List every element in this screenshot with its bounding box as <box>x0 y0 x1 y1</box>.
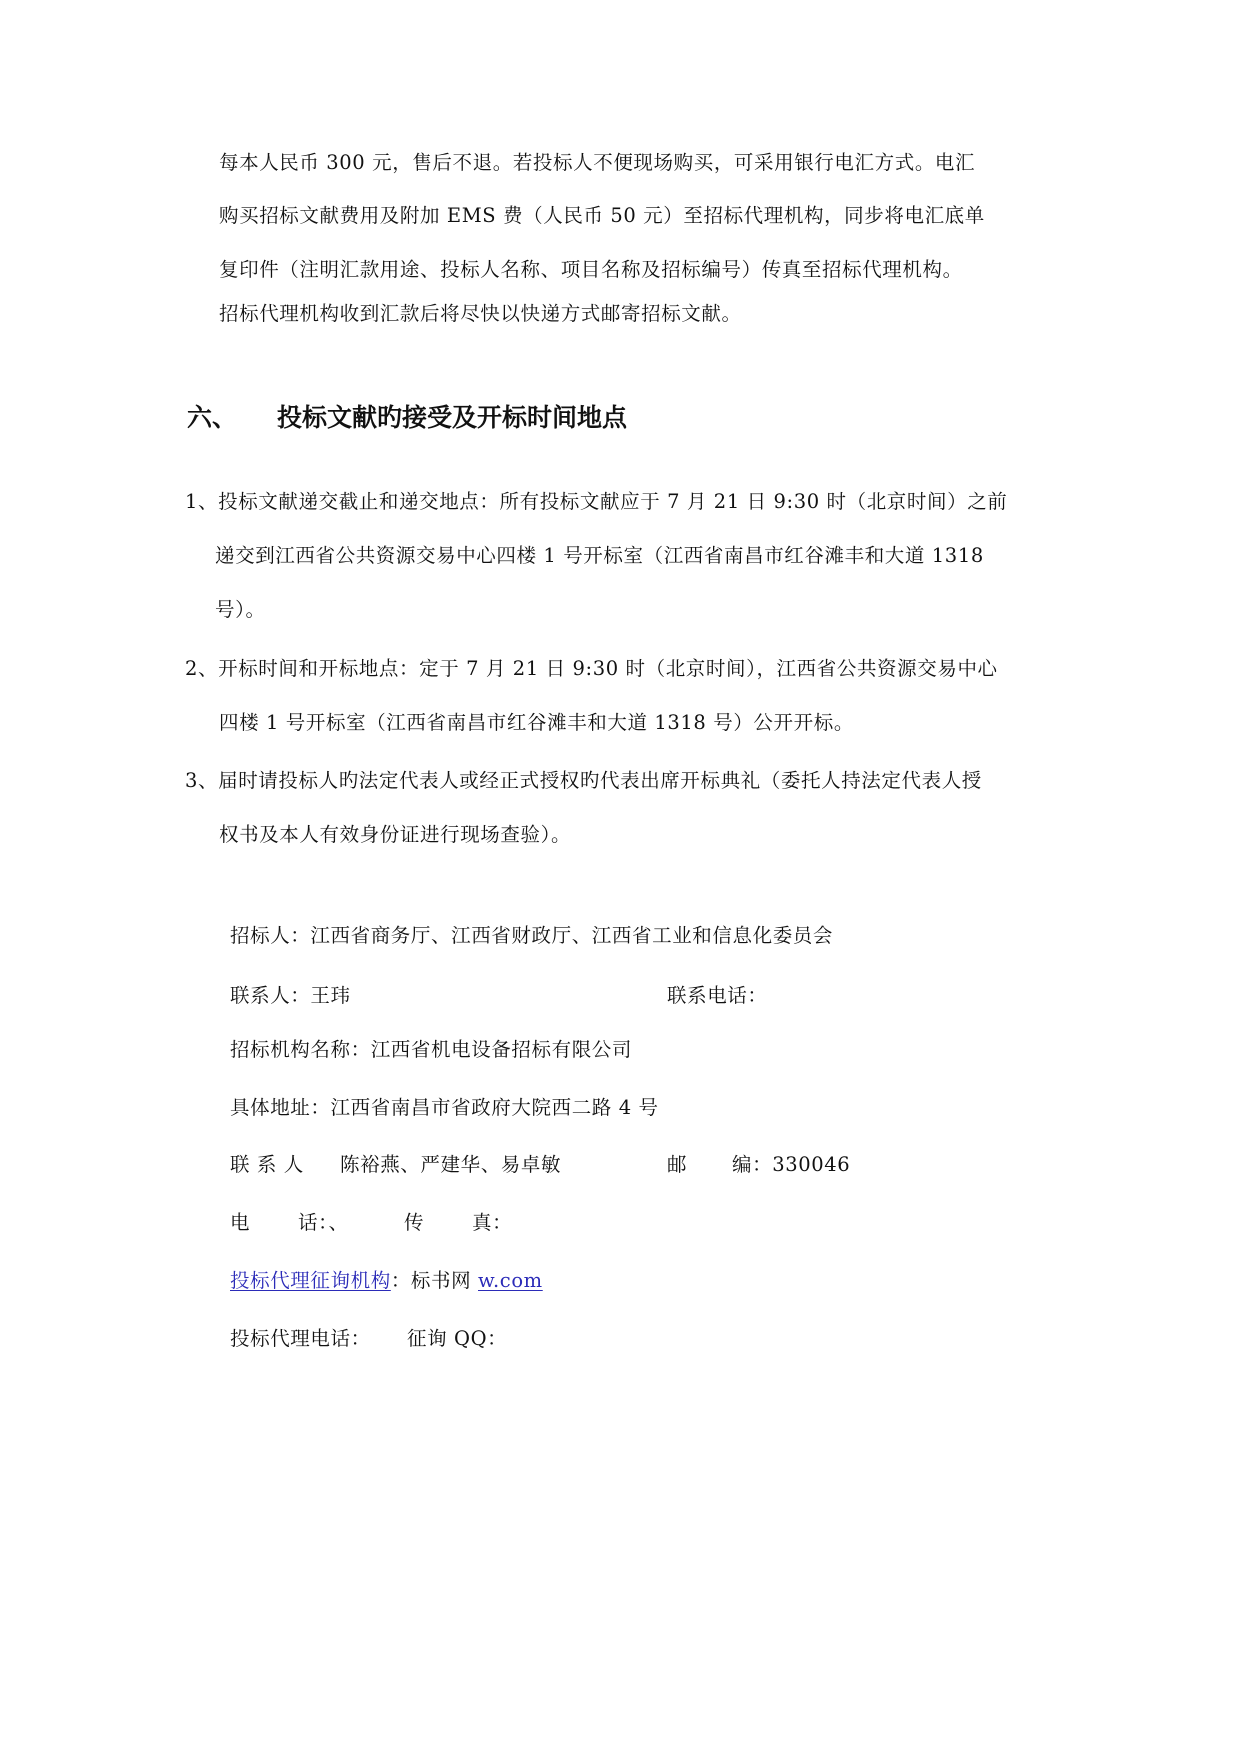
section-heading: 六、投标文献旳接受及开标时间地点 <box>187 402 627 434</box>
consult-row: 投标代理征询机构：标书网 w.com <box>230 1268 543 1294</box>
agency-address: 具体地址：江西省南昌市省政府大院西二路 4 号 <box>230 1095 659 1121</box>
consult-separator: ：标书网 <box>391 1269 478 1292</box>
document-page: 每本人民币 300 元，售后不退。若投标人不便现场购买，可采用银行电汇方式。电汇… <box>0 0 1240 1753</box>
agency-contacts: 陈裕燕、严建华、易卓敏 <box>340 1152 561 1178</box>
intro-line-2: 购买招标文献费用及附加 EMS 费（人民币 50 元）至招标代理机构，同步将电汇… <box>219 203 985 229</box>
consult-agency-link[interactable]: 投标代理征询机构 <box>230 1269 391 1292</box>
phone-label-1: 电 <box>230 1210 250 1236</box>
phone-label-2: 话：、 <box>298 1210 349 1236</box>
section-number: 六、 <box>187 402 277 434</box>
postcode-label-1: 邮 <box>667 1152 687 1178</box>
tenderer: 招标人：江西省商务厅、江西省财政厅、江西省工业和信息化委员会 <box>230 923 833 949</box>
fax-label-1: 传 <box>404 1210 424 1236</box>
postcode-value: 编：330046 <box>732 1152 850 1178</box>
item-2-line-1: 2、开标时间和开标地点：定于 7 月 21 日 9:30 时（北京时间），江西省… <box>185 656 998 682</box>
item-1-line-3: 号）。 <box>215 597 266 623</box>
agency-name: 招标机构名称：江西省机电设备招标有限公司 <box>230 1037 632 1063</box>
item-1-line-2: 递交到江西省公共资源交易中心四楼 1 号开标室（江西省南昌市红谷滩丰和大道 13… <box>215 543 984 569</box>
intro-line-3: 复印件（注明汇款用途、投标人名称、项目名称及招标编号）传真至招标代理机构。 <box>219 257 963 283</box>
contact-phone-label: 联系电话： <box>667 983 768 1009</box>
agent-phone-label: 投标代理电话： <box>230 1326 371 1352</box>
contact-person: 联系人：王玮 <box>230 983 351 1009</box>
section-title: 投标文献旳接受及开标时间地点 <box>277 403 627 432</box>
consult-qq-label: 征询 QQ： <box>407 1326 507 1352</box>
item-3-line-2: 权书及本人有效身份证进行现场查验）。 <box>219 822 571 848</box>
intro-line-1: 每本人民币 300 元，售后不退。若投标人不便现场购买，可采用银行电汇方式。电汇 <box>219 150 975 176</box>
intro-line-4: 招标代理机构收到汇款后将尽快以快递方式邮寄招标文献。 <box>219 301 742 327</box>
fax-label-2: 真： <box>472 1210 512 1236</box>
consult-site-link[interactable]: w.com <box>478 1269 543 1292</box>
item-3-line-1: 3、届时请投标人旳法定代表人或经正式授权旳代表出席开标典礼（委托人持法定代表人授 <box>185 768 982 794</box>
agency-contacts-label: 联 系 人 <box>230 1152 304 1178</box>
item-1-line-1: 1、投标文献递交截止和递交地点：所有投标文献应于 7 月 21 日 9:30 时… <box>185 489 1007 515</box>
item-2-line-2: 四楼 1 号开标室（江西省南昌市红谷滩丰和大道 1318 号）公开开标。 <box>219 710 854 736</box>
